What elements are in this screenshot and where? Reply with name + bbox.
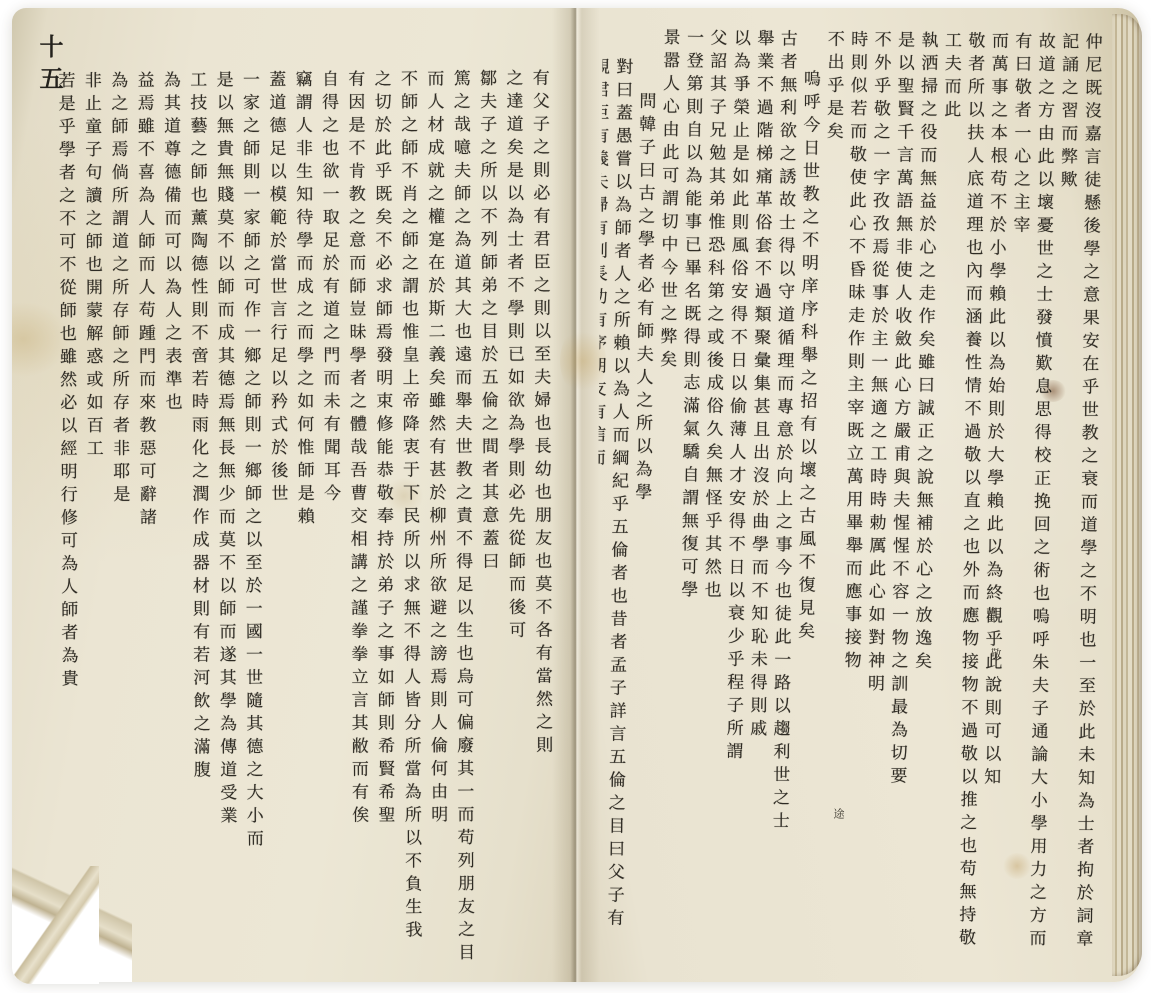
left-page-text: 有父子之則必有君臣之則以至夫婦也長幼也朋友也莫不各有當然之則之達道矣是以為士者不… — [54, 69, 557, 972]
text-column: 而人材成就之權寔在於斯二義矣雖然有甚於柳州所欲避之謗焉則人倫何由明 — [420, 69, 451, 969]
book-photo: 十五 仲尼既沒嘉言徒懸後學之意果安在乎世教之衰而道學之不明也一至於此未知為士者拘… — [12, 8, 1140, 982]
text-column: 竊謂人非生知待學而成之而學之如何惟師是賴 — [288, 70, 319, 970]
text-column: 鄒夫子之所以不列師弟之目於五倫之間者其意蓋曰 — [473, 69, 504, 969]
text-column: 仲尼既沒嘉言徒懸後學之意果安在乎世教之衰而道學之不明也一至於此未知為士者拘於詞章… — [1046, 32, 1103, 954]
text-column: 益焉雖不喜為人師而人苟踵門而來教惡可辭諸 — [130, 71, 161, 971]
text-column: 為其道尊德備而可以為人之表準也 — [156, 71, 187, 971]
text-column: 工技藝之師也薰陶德性則不啻若時雨化之潤作成器材則有若河飲之滿腹 — [183, 70, 214, 970]
page-edge-stack-right — [1112, 14, 1142, 976]
text-column: 之切於此乎既矣不必求師焉發明束修能恭敬奉持於弟子之事如師則希賢希聖 — [367, 70, 398, 970]
right-page-text: 仲尼既沒嘉言徒懸後學之意果安在乎世教之衰而道學之不明也一至於此未知為士者拘於詞章… — [593, 27, 1103, 954]
text-column: 篤之哉噫夫師之為道其大也遠而舉夫世教之責不得足以生也烏可偏廢其一而苟列朋友之目 — [446, 69, 477, 969]
text-column: 非止童子句讀之師也開蒙解惑或如百工 — [77, 71, 108, 971]
text-column: 敬者所以扶人底道理也內而涵養性情不過敬以直之也外而應物接物不過敬以推之也苟無持敬… — [929, 31, 986, 953]
text-column: 之達道矣是以為士者不學則已如欲為學則必先從師而後可 — [499, 69, 530, 969]
text-column: 有因是不肯教之意而師豈昧學者之體哉吾曹交相講之謹拳拳立言其敝而有俟 — [341, 70, 372, 970]
text-column: 為之師焉倘所謂道之所存師之所存者非耶是 — [104, 71, 135, 971]
text-column: 一家之師則一家師之可作一鄉之師則一鄉師之以至於一國一世隨其德之大小而 — [236, 70, 267, 970]
text-column: 蓋道德足以模範於當世言行足以矜式於後世 — [262, 70, 293, 970]
text-column: 自得之也欲一取足於有道之門而未有聞耳今 — [315, 70, 346, 970]
binding-gutter — [552, 8, 600, 982]
text-column: 若是乎學者之不可不從師也雖然必以經明行修可為人師者為貴 — [54, 71, 83, 971]
text-column: 有父子之則必有君臣之則以至夫婦也長幼也朋友也莫不各有當然之則 — [525, 69, 556, 969]
text-column: 故道之方由此以壞憂世之士發憤歎息思得校正挽回之術也嗚呼朱夫子通論大小學用力之方而… — [999, 32, 1056, 954]
photo-background: 十五 仲尼既沒嘉言徒懸後學之意果安在乎世教之衰而道學之不明也一至於此未知為士者拘… — [0, 0, 1151, 993]
text-column: 是以無貴無賤莫不以師而成其德焉無長無少而莫不以師而遂其學為傳道受業 — [209, 70, 240, 970]
text-column: 不師之師不肖之師之謂也惟皇上帝降衷于下民所以求無不得人皆分所當為所以不負生我 — [394, 69, 425, 969]
